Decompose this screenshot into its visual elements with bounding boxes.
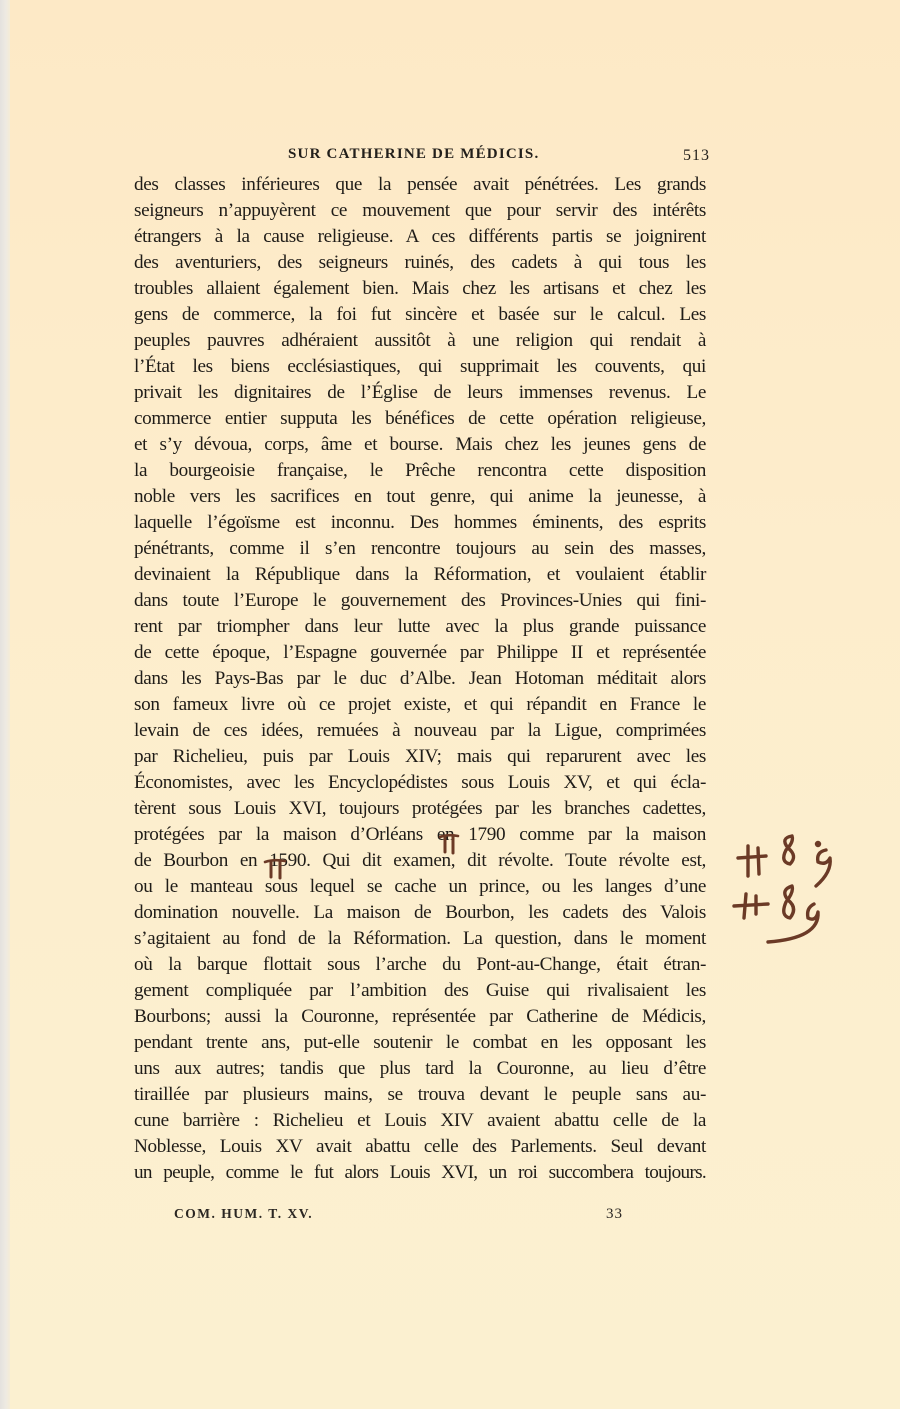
text-line: où la barque flottait sous l’arche du Po… bbox=[134, 952, 706, 978]
text-line: gement compliquée par l’ambition des Gui… bbox=[134, 978, 706, 1004]
text-line-content: des aventuriers, des seigneurs ruinés, d… bbox=[134, 250, 706, 276]
text-line: ou le manteau sous lequel se cache un pr… bbox=[134, 874, 706, 900]
text-line: laquelle l’égoïsme est inconnu. Des homm… bbox=[134, 510, 706, 536]
text-line-content: la bourgeoisie française, le Prêche renc… bbox=[134, 458, 706, 484]
text-line-content: levain de ces idées, remuées à nouveau p… bbox=[134, 718, 706, 744]
text-line-content: domination nouvelle. La maison de Bourbo… bbox=[134, 900, 706, 926]
text-line-content: s’agitaient au fond de la Réformation. L… bbox=[134, 926, 706, 952]
text-line-content: tèrent sous Louis XVI, toujours protégée… bbox=[134, 796, 706, 822]
text-line-content: gens de commerce, la foi fut sincère et … bbox=[134, 302, 706, 328]
text-line-content: ou le manteau sous lequel se cache un pr… bbox=[134, 874, 706, 900]
text-line-content: tiraillée par plusieurs mains, se trouva… bbox=[134, 1082, 706, 1108]
text-line: levain de ces idées, remuées à nouveau p… bbox=[134, 718, 706, 744]
text-line-content: pendant trente ans, put-elle soutenir le… bbox=[134, 1030, 706, 1056]
text-line: Économistes, avec les Encyclopédistes so… bbox=[134, 770, 706, 796]
text-line-content: gement compliquée par l’ambition des Gui… bbox=[134, 978, 706, 1004]
text-line-content: Économistes, avec les Encyclopédistes so… bbox=[134, 770, 706, 796]
text-line: de Bourbon en 1590. Qui dit examen, dit … bbox=[134, 848, 706, 874]
text-line: domination nouvelle. La maison de Bourbo… bbox=[134, 900, 706, 926]
text-line-content: l’État les biens ecclésiastiques, qui su… bbox=[134, 354, 706, 380]
text-line-content: rent par triompher dans leur lutte avec … bbox=[134, 614, 706, 640]
text-line-content: de cette époque, l’Espagne gouvernée par… bbox=[134, 640, 706, 666]
text-line-content: de Bourbon en 1590. Qui dit examen, dit … bbox=[134, 848, 706, 874]
text-line: dans les Pays-Bas par le duc d’Albe. Jea… bbox=[134, 666, 706, 692]
text-line: rent par triompher dans leur lutte avec … bbox=[134, 614, 706, 640]
text-line: s’agitaient au fond de la Réformation. L… bbox=[134, 926, 706, 952]
text-line-content: et s’y dévoua, corps, âme et bourse. Mai… bbox=[134, 432, 706, 458]
text-line-content: laquelle l’égoïsme est inconnu. Des homm… bbox=[134, 510, 706, 536]
text-line: privait les dignitaires de l’Église de l… bbox=[134, 380, 706, 406]
scan-page-edge bbox=[0, 0, 10, 1409]
text-line-content: des classes inférieures que la pensée av… bbox=[134, 172, 706, 198]
text-line-content: privait les dignitaires de l’Église de l… bbox=[134, 380, 706, 406]
text-line-content: uns aux autres; tandis que plus tard la … bbox=[134, 1056, 706, 1082]
text-line-content: peuples pauvres adhéraient aussitôt à un… bbox=[134, 328, 706, 354]
text-line-content: devinaient la République dans la Réforma… bbox=[134, 562, 706, 588]
text-line-content: troubles allaient également bien. Mais c… bbox=[134, 276, 706, 302]
text-line: devinaient la République dans la Réforma… bbox=[134, 562, 706, 588]
text-line-content: seigneurs n’appuyèrent ce mouvement que … bbox=[134, 198, 706, 224]
text-line: un peuple, comme le fut alors Louis XVI,… bbox=[134, 1160, 706, 1186]
handwritten-marginal-note bbox=[728, 828, 848, 958]
running-head: SUR CATHERINE DE MÉDICIS. 513 bbox=[136, 146, 710, 168]
text-line-content: Noblesse, Louis XV avait abattu celle de… bbox=[134, 1134, 706, 1160]
text-line-content: noble vers les sacrifices en tout genre,… bbox=[134, 484, 706, 510]
text-line: la bourgeoisie française, le Prêche renc… bbox=[134, 458, 706, 484]
text-line: dans toute l’Europe le gouvernement des … bbox=[134, 588, 706, 614]
text-line: cune barrière : Richelieu et Louis XIV a… bbox=[134, 1108, 706, 1134]
text-line: noble vers les sacrifices en tout genre,… bbox=[134, 484, 706, 510]
text-line-content: Bourbons; aussi la Couronne, représentée… bbox=[134, 1004, 706, 1030]
text-line-content: par Richelieu, puis par Louis XIV; mais … bbox=[134, 744, 706, 770]
text-line: troubles allaient également bien. Mais c… bbox=[134, 276, 706, 302]
text-line-content: dans les Pays-Bas par le duc d’Albe. Jea… bbox=[134, 666, 706, 692]
text-line: son fameux livre où ce projet existe, et… bbox=[134, 692, 706, 718]
text-line: étrangers à la cause religieuse. A ces d… bbox=[134, 224, 706, 250]
text-line-content: où la barque flottait sous l’arche du Po… bbox=[134, 952, 706, 978]
text-line: seigneurs n’appuyèrent ce mouvement que … bbox=[134, 198, 706, 224]
text-line: tiraillée par plusieurs mains, se trouva… bbox=[134, 1082, 706, 1108]
text-line-content: étrangers à la cause religieuse. A ces d… bbox=[134, 224, 706, 250]
text-line: pénétrants, comme il s’en rencontre touj… bbox=[134, 536, 706, 562]
text-line: de cette époque, l’Espagne gouvernée par… bbox=[134, 640, 706, 666]
text-line: peuples pauvres adhéraient aussitôt à un… bbox=[134, 328, 706, 354]
text-line: uns aux autres; tandis que plus tard la … bbox=[134, 1056, 706, 1082]
text-line: et s’y dévoua, corps, âme et bourse. Mai… bbox=[134, 432, 706, 458]
ink-correction-mark bbox=[438, 832, 460, 858]
running-title: SUR CATHERINE DE MÉDICIS. bbox=[288, 146, 539, 163]
ink-correction-mark bbox=[262, 856, 288, 882]
text-line: protégées par la maison d’Orléans en 179… bbox=[134, 822, 706, 848]
page-number: 513 bbox=[683, 147, 710, 165]
text-line: commerce entier supputa les bénéfices de… bbox=[134, 406, 706, 432]
text-line-content: un peuple, comme le fut alors Louis XVI,… bbox=[134, 1160, 706, 1186]
text-line: l’État les biens ecclésiastiques, qui su… bbox=[134, 354, 706, 380]
text-line: tèrent sous Louis XVI, toujours protégée… bbox=[134, 796, 706, 822]
signature-number: 33 bbox=[606, 1206, 623, 1223]
text-line-content: pénétrants, comme il s’en rencontre touj… bbox=[134, 536, 706, 562]
text-line: Bourbons; aussi la Couronne, représentée… bbox=[134, 1004, 706, 1030]
body-text: des classes inférieures que la pensée av… bbox=[134, 172, 706, 1186]
text-line-content: commerce entier supputa les bénéfices de… bbox=[134, 406, 706, 432]
text-line: par Richelieu, puis par Louis XIV; mais … bbox=[134, 744, 706, 770]
text-line: Noblesse, Louis XV avait abattu celle de… bbox=[134, 1134, 706, 1160]
text-line-content: protégées par la maison d’Orléans en 179… bbox=[134, 822, 706, 848]
text-line: pendant trente ans, put-elle soutenir le… bbox=[134, 1030, 706, 1056]
text-line: des classes inférieures que la pensée av… bbox=[134, 172, 706, 198]
text-line-content: dans toute l’Europe le gouvernement des … bbox=[134, 588, 706, 614]
text-line: gens de commerce, la foi fut sincère et … bbox=[134, 302, 706, 328]
text-line: des aventuriers, des seigneurs ruinés, d… bbox=[134, 250, 706, 276]
text-line-content: son fameux livre où ce projet existe, et… bbox=[134, 692, 706, 718]
printer-signature: COM. HUM. T. XV. bbox=[174, 1206, 313, 1222]
text-line-content: cune barrière : Richelieu et Louis XIV a… bbox=[134, 1108, 706, 1134]
